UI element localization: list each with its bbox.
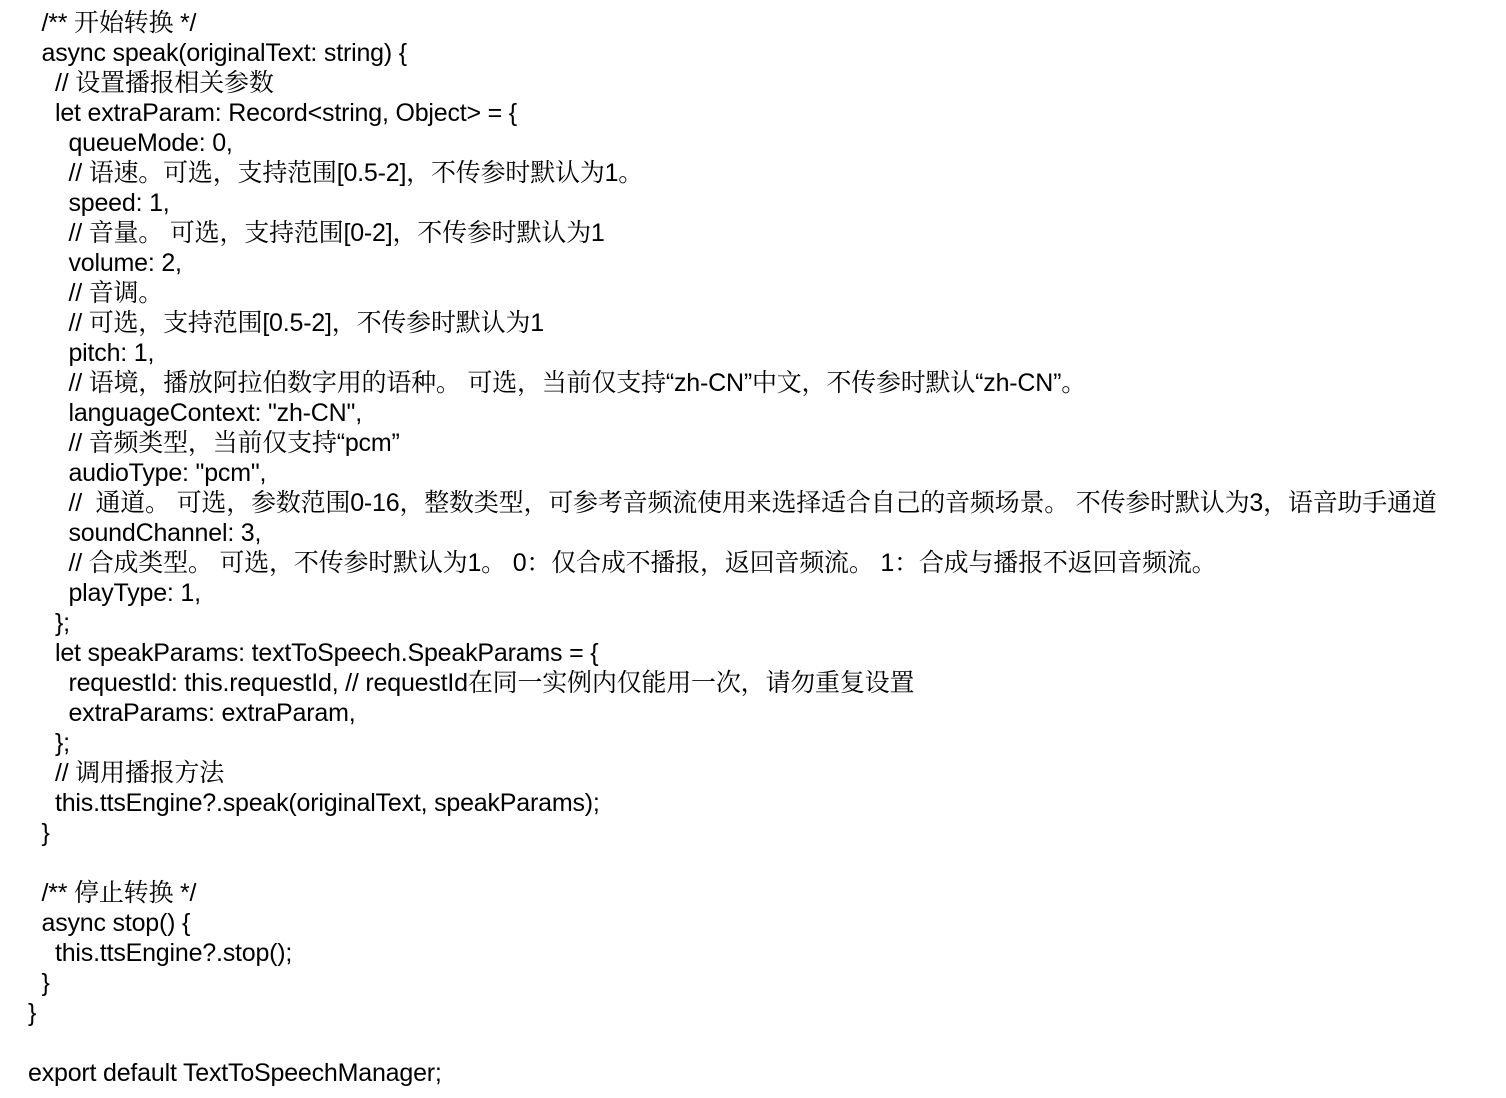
code-line: let speakParams: textToSpeech.SpeakParam… (28, 638, 1500, 668)
code-line: requestId: this.requestId, // requestId在… (28, 668, 1500, 698)
code-line: // 设置播报相关参数 (28, 68, 1500, 98)
code-line: // 可选，支持范围[0.5-2]，不传参时默认为1 (28, 308, 1500, 338)
code-line: pitch: 1, (28, 338, 1500, 368)
code-line: // 通道。 可选，参数范围0-16，整数类型，可参考音频流使用来选择适合自己的… (28, 488, 1500, 518)
code-line: languageContext: "zh-CN", (28, 398, 1500, 428)
code-line: playType: 1, (28, 578, 1500, 608)
code-line: // 语速。可选，支持范围[0.5-2]，不传参时默认为1。 (28, 158, 1500, 188)
code-line: // 音调。 (28, 278, 1500, 308)
code-line: this.ttsEngine?.stop(); (28, 938, 1500, 968)
code-line: /** 停止转换 */ (28, 878, 1500, 908)
code-line: }; (28, 608, 1500, 638)
code-line: } (28, 818, 1500, 848)
code-line: } (28, 998, 1500, 1028)
code-line: async stop() { (28, 908, 1500, 938)
code-line (28, 848, 1500, 878)
code-line: } (28, 968, 1500, 998)
code-line: this.ttsEngine?.speak(originalText, spea… (28, 788, 1500, 818)
code-line: // 调用播报方法 (28, 758, 1500, 788)
code-line: let extraParam: Record<string, Object> =… (28, 98, 1500, 128)
code-line: }; (28, 728, 1500, 758)
code-line: queueMode: 0, (28, 128, 1500, 158)
code-line: async speak(originalText: string) { (28, 38, 1500, 68)
code-line: // 音量。 可选，支持范围[0-2]，不传参时默认为1 (28, 218, 1500, 248)
code-line: /** 开始转换 */ (28, 8, 1500, 38)
code-line (28, 1028, 1500, 1058)
code-page: /** 开始转换 */ async speak(originalText: st… (0, 0, 1506, 1098)
code-line: speed: 1, (28, 188, 1500, 218)
code-line: extraParams: extraParam, (28, 698, 1500, 728)
code-line: export default TextToSpeechManager; (28, 1058, 1500, 1088)
code-line: // 音频类型，当前仅支持“pcm” (28, 428, 1500, 458)
code-block: /** 开始转换 */ async speak(originalText: st… (0, 0, 1506, 1088)
code-line: soundChannel: 3, (28, 518, 1500, 548)
code-line: volume: 2, (28, 248, 1500, 278)
code-line: audioType: "pcm", (28, 458, 1500, 488)
code-line: // 合成类型。 可选，不传参时默认为1。 0：仅合成不播报，返回音频流。 1：… (28, 548, 1500, 578)
code-line: // 语境，播放阿拉伯数字用的语种。 可选，当前仅支持“zh-CN”中文，不传参… (28, 368, 1500, 398)
